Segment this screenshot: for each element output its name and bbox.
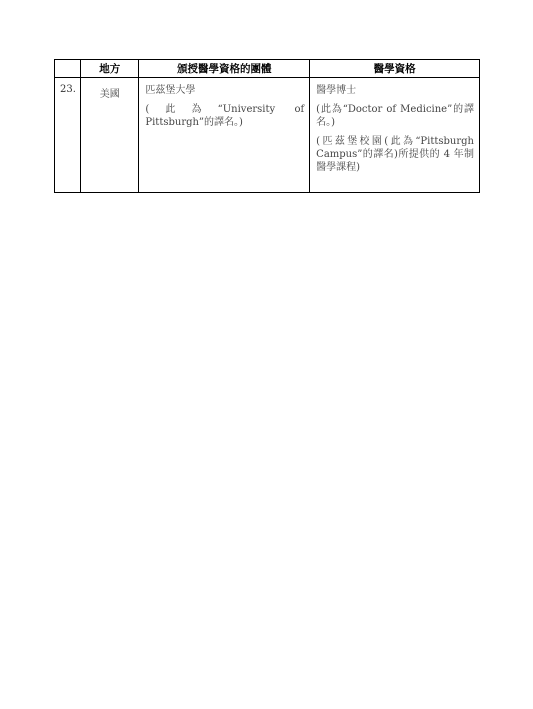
header-number [55,60,81,78]
institution-note: (此為“University of Pittsburgh”的譯名。) [145,103,304,129]
row-place: 美國 [81,78,138,100]
header-qualification: 醫學資格 [310,60,480,78]
table-row: 23. 美國 匹茲堡大學 (此為“University of Pittsburg… [55,78,480,193]
qualification-detail: (匹茲堡校園(此為“Pittsburgh Campus”的譯名)所提供的 4 年… [316,135,474,174]
institution-cell: 匹茲堡大學 (此為“University of Pittsburgh”的譯名。) [139,78,309,129]
qualification-cell: 醫學博士 (此為“Doctor of Medicine”的譯名。) (匹茲堡校園… [310,78,479,174]
qualification-note: (此為“Doctor of Medicine”的譯名。) [316,103,474,129]
header-institution: 頒授醫學資格的團體 [139,60,310,78]
qualifications-table: 地方 頒授醫學資格的團體 醫學資格 23. 美國 匹茲堡大學 (此為“Unive… [54,59,480,193]
institution-name: 匹茲堡大學 [145,84,304,97]
qualification-name: 醫學博士 [316,84,474,97]
header-place: 地方 [81,60,139,78]
table-header-row: 地方 頒授醫學資格的團體 醫學資格 [55,60,480,78]
row-number: 23. [55,78,80,95]
